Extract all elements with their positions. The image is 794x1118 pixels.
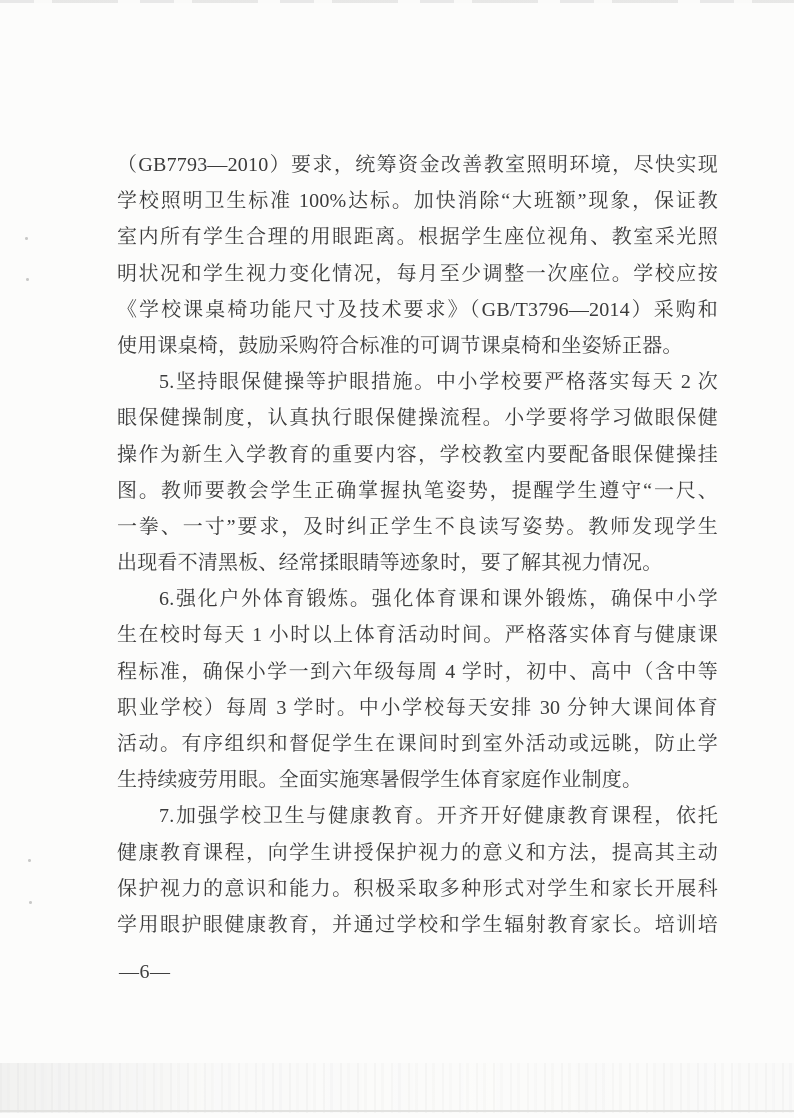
text-line: 职业学校）每周 3 学时。中小学校每天安排 30 分钟大课间体育 <box>117 690 718 726</box>
text-line: （GB7793—2010）要求，统筹资金改善教室照明环境，尽快实现 <box>117 147 718 183</box>
scan-edge-top <box>0 0 794 3</box>
text-line: 使用课桌椅，鼓励采购符合标准的可调节课桌椅和坐姿矫正器。 <box>117 328 718 364</box>
text-line: 室内所有学生合理的用眼距离。根据学生座位视角、教室采光照 <box>117 219 718 255</box>
page-number: —6— <box>119 961 171 984</box>
document-page: （GB7793—2010）要求，统筹资金改善教室照明环境，尽快实现学校照明卫生标… <box>0 0 794 1118</box>
text-line: 生持续疲劳用眼。全面实施寒暑假学生体育家庭作业制度。 <box>117 762 718 798</box>
text-line: 6.强化户外体育锻炼。强化体育课和课外锻炼，确保中小学 <box>117 581 718 617</box>
text-line: 7.加强学校卫生与健康教育。开齐开好健康教育课程，依托 <box>117 798 718 834</box>
text-line: 一拳、一寸”要求，及时纠正学生不良读写姿势。教师发现学生 <box>117 509 718 545</box>
text-line: 图。教师要教会学生正确掌握执笔姿势，提醒学生遵守“一尺、 <box>117 473 718 509</box>
text-line: 明状况和学生视力变化情况，每月至少调整一次座位。学校应按 <box>117 256 718 292</box>
text-line: 操作为新生入学教育的重要内容，学校教室内要配备眼保健操挂 <box>117 437 718 473</box>
document-body: （GB7793—2010）要求，统筹资金改善教室照明环境，尽快实现学校照明卫生标… <box>117 147 718 943</box>
text-line: 学校照明卫生标准 100%达标。加快消除“大班额”现象，保证教 <box>117 183 718 219</box>
scan-speckle <box>26 278 29 281</box>
text-line: 活动。有序组织和督促学生在课间时到室外活动或远眺，防止学 <box>117 726 718 762</box>
text-line: 《学校课桌椅功能尺寸及技术要求》（GB/T3796—2014）采购和 <box>117 292 718 328</box>
scan-speckle <box>25 237 28 240</box>
text-line: 5.坚持眼保健操等护眼措施。中小学校要严格落实每天 2 次 <box>117 364 718 400</box>
scan-edge-bottom <box>0 1063 794 1113</box>
text-line: 程标准，确保小学一到六年级每周 4 学时，初中、高中（含中等 <box>117 654 718 690</box>
text-line: 眼保健操制度，认真执行眼保健操流程。小学要将学习做眼保健 <box>117 400 718 436</box>
text-line: 保护视力的意识和能力。积极采取多种形式对学生和家长开展科 <box>117 871 718 907</box>
text-line: 生在校时每天 1 小时以上体育活动时间。严格落实体育与健康课 <box>117 617 718 653</box>
scan-edge-bottom-line <box>0 1110 794 1112</box>
text-line: 出现看不清黑板、经常揉眼睛等迹象时，要了解其视力情况。 <box>117 545 718 581</box>
scan-speckle <box>29 901 32 904</box>
text-line: 健康教育课程，向学生讲授保护视力的意义和方法，提高其主动 <box>117 835 718 871</box>
scan-speckle <box>28 859 31 862</box>
text-line: 学用眼护眼健康教育，并通过学校和学生辐射教育家长。培训培 <box>117 907 718 943</box>
